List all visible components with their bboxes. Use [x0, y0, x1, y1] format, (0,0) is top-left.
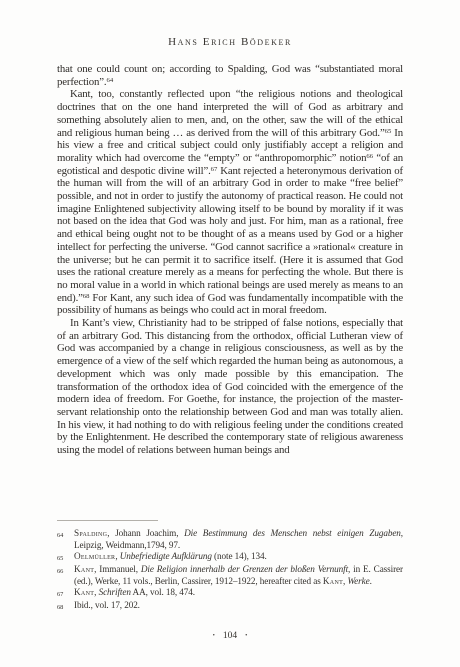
- ornament-dot-left: •: [213, 632, 215, 639]
- italic-title: Werke: [347, 576, 369, 586]
- body-text: that one could count on; according to Sp…: [57, 63, 403, 457]
- text-run: Kant rejected a heteronymous derivation …: [57, 165, 403, 304]
- footnote-marker: 64: [106, 77, 113, 84]
- footnote-number: 65: [57, 551, 74, 564]
- footnote-separator: [57, 520, 158, 521]
- text-run: (note 14), 134.: [212, 551, 267, 561]
- footnote-marker: 65: [385, 128, 392, 135]
- smallcaps-name: Kant: [74, 587, 94, 597]
- smallcaps-name: Spalding: [74, 528, 107, 538]
- text-run: AA, vol. 18, 474.: [131, 587, 195, 597]
- ornament-dot-right: •: [245, 632, 247, 639]
- footnote: 67Kant, Schriften AA, vol. 18, 474.: [57, 587, 403, 600]
- smallcaps-name: Oelmüller: [74, 551, 115, 561]
- body-paragraph: Kant, too, constantly reflected upon “th…: [57, 88, 403, 317]
- footnote-number: 68: [57, 600, 74, 613]
- footnote-text: Kant, Immanuel, Die Religion innerhalb d…: [74, 564, 403, 587]
- book-page: Hans Erich Bödeker that one could count …: [0, 0, 460, 667]
- footnote-text: Ibid., vol. 17, 202.: [74, 600, 403, 613]
- page-footer: • 104 •: [0, 631, 460, 641]
- text-run: Ibid., vol. 17, 202.: [74, 600, 140, 610]
- italic-title: Unbefriedigte Aufklärung: [120, 551, 212, 561]
- page-number: 104: [223, 631, 237, 641]
- running-header: Hans Erich Bödeker: [57, 36, 403, 48]
- text-run: , Johann Joachim,: [107, 528, 184, 538]
- text-run: .: [370, 576, 372, 586]
- footnote-list: 64Spalding, Johann Joachim, Die Bestimmu…: [57, 528, 403, 613]
- text-run: Kant, too, constantly reflected upon “th…: [57, 88, 403, 138]
- body-paragraph: In Kant’s view, Christianity had to be s…: [57, 317, 403, 457]
- footnote: 68Ibid., vol. 17, 202.: [57, 600, 403, 613]
- footnote-marker: 67: [211, 166, 218, 173]
- footnote: 65Oelmüller, Unbefriedigte Aufklärung (n…: [57, 551, 403, 564]
- footnote-number: 66: [57, 564, 74, 587]
- footnote-number: 67: [57, 587, 74, 600]
- footnote-text: Spalding, Johann Joachim, Die Bestimmung…: [74, 528, 403, 551]
- footnote-block: 64Spalding, Johann Joachim, Die Bestimmu…: [57, 520, 403, 613]
- text-run: , Immanuel,: [94, 564, 141, 574]
- footnote-marker: 68: [83, 293, 90, 300]
- italic-title: Die Religion innerhalb der Grenzen der b…: [141, 564, 348, 574]
- smallcaps-name: Kant: [74, 564, 94, 574]
- body-paragraph: that one could count on; according to Sp…: [57, 63, 403, 88]
- italic-title: Die Bestimmung des Menschen nebst einige…: [184, 528, 401, 538]
- footnote-marker: 66: [366, 153, 373, 160]
- smallcaps-name: Kant: [323, 576, 343, 586]
- text-run: For Kant, any such idea of God was funda…: [57, 292, 403, 317]
- footnote: 64Spalding, Johann Joachim, Die Bestimmu…: [57, 528, 403, 551]
- footnote-number: 64: [57, 528, 74, 551]
- text-run: In Kant’s view, Christianity had to be s…: [57, 317, 403, 456]
- footnote-text: Kant, Schriften AA, vol. 18, 474.: [74, 587, 403, 600]
- footnote-text: Oelmüller, Unbefriedigte Aufklärung (not…: [74, 551, 403, 564]
- italic-title: Schriften: [99, 587, 131, 597]
- footnote: 66Kant, Immanuel, Die Religion innerhalb…: [57, 564, 403, 587]
